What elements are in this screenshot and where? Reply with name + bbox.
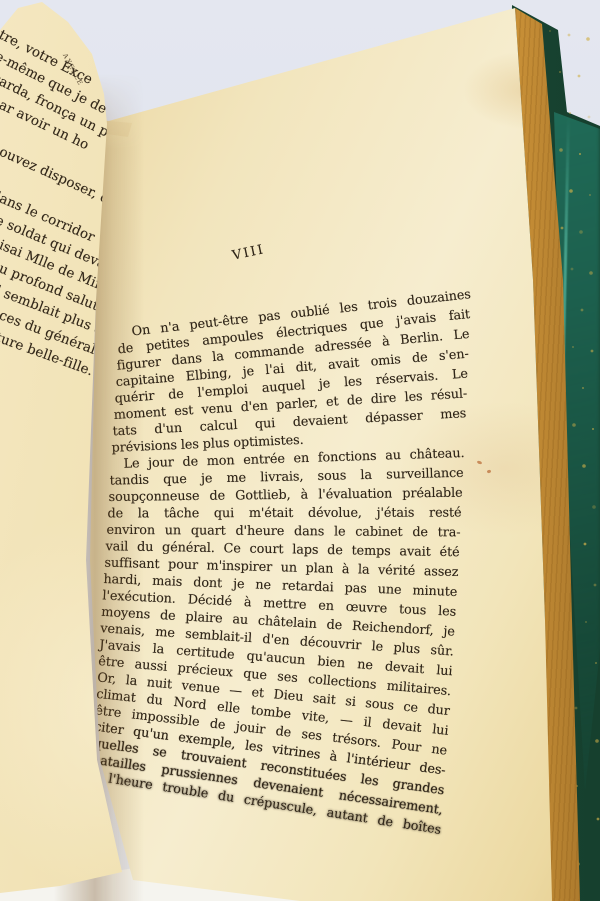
chapter-heading: VIII [231, 242, 266, 263]
text-line: soupçonneuse de Gottlieb, à l'évaluation… [109, 486, 463, 505]
text-line: de la tâche qui m'était dévolue, j'étais… [108, 506, 462, 522]
cover-gold-speckles [0, 0, 2, 2]
text-line: environ un quart d'heure dans le cabinet… [106, 523, 460, 541]
rust-fleck [487, 470, 492, 474]
photo-open-book: VIII On n'a peut-être pas oublié les tro… [0, 0, 600, 901]
rust-fleck [477, 460, 483, 465]
